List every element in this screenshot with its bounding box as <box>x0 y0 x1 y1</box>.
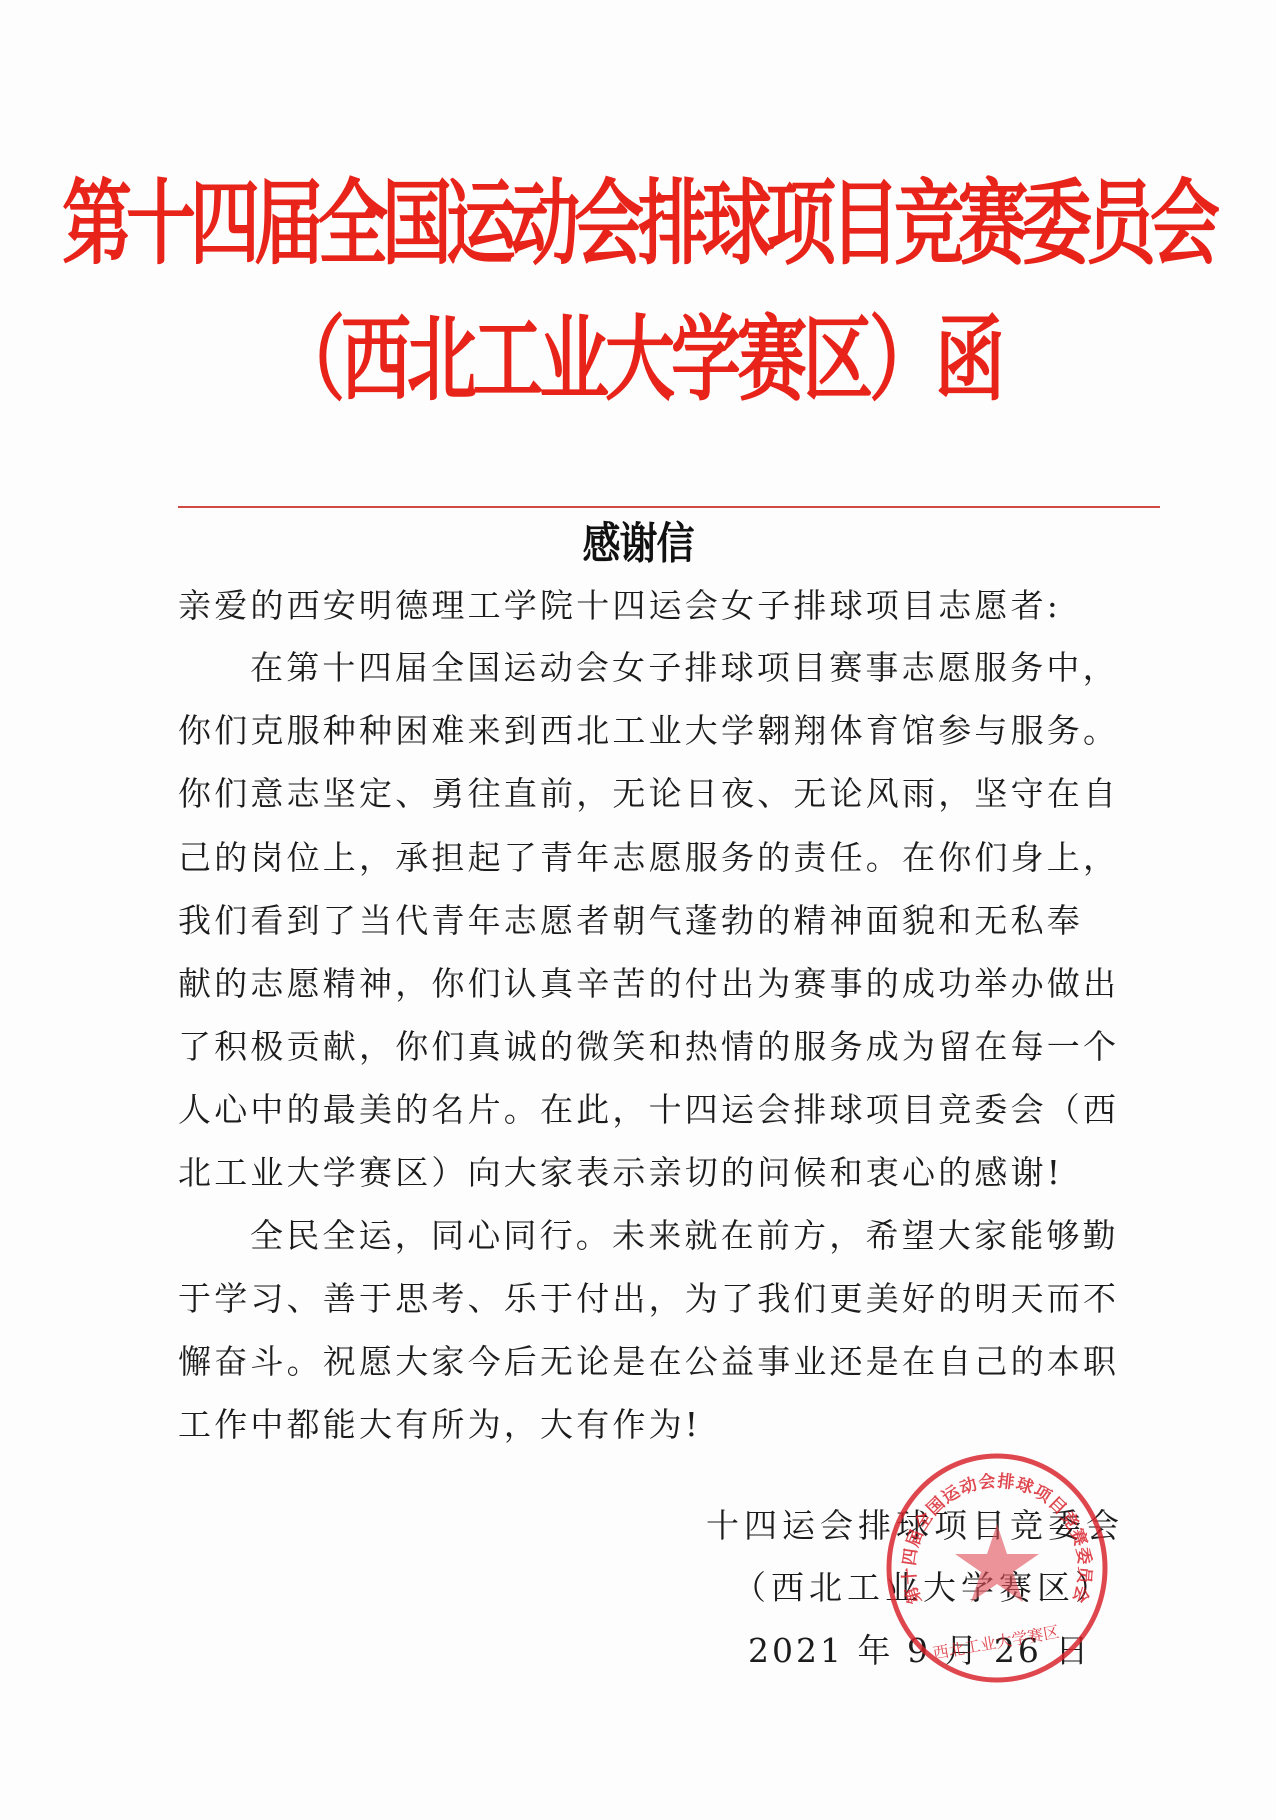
paragraph-line: 你们克服种种困难来到西北工业大学翱翔体育馆参与服务。 <box>178 705 1138 752</box>
signature-org: 十四运会排球项目竞委会 <box>706 1500 1124 1547</box>
paragraph-line: 献的志愿精神，你们认真辛苦的付出为赛事的成功举办做出 <box>178 958 1138 1005</box>
paragraph-line: 全民全运，同心同行。未来就在前方，希望大家能够勤 <box>250 1210 1210 1257</box>
paragraph-line: 北工业大学赛区）向大家表示亲切的问候和衷心的感谢! <box>178 1147 1138 1194</box>
letter-page: 第十四届全国运动会排球项目竞赛委员会 （西北工业大学赛区）函 感谢信 亲爱的西安… <box>0 0 1276 1820</box>
salutation: 亲爱的西安明德理工学院十四运会女子排球项目志愿者: <box>178 580 1138 627</box>
paragraph-line: 于学习、善于思考、乐于付出，为了我们更美好的明天而不 <box>178 1273 1138 1320</box>
paragraph-line: 我们看到了当代青年志愿者朝气蓬勃的精神面貌和无私奉 <box>178 895 1138 942</box>
paragraph-line: 你们意志坚定、勇往直前，无论日夜、无论风雨，坚守在自 <box>178 768 1138 815</box>
letter-title: 感谢信 <box>0 508 1276 571</box>
letterhead-title: 第十四届全国运动会排球项目竞赛委员会 <box>0 150 1276 283</box>
paragraph-line: 人心中的最美的名片。在此，十四运会排球项目竞委会（西 <box>178 1084 1138 1131</box>
paragraph-line: 己的岗位上，承担起了青年志愿服务的责任。在你们身上， <box>178 832 1138 879</box>
paragraph-line: 了积极贡献，你们真诚的微笑和热情的服务成为留在每一个 <box>178 1021 1138 1068</box>
signature-date: 2021 年 9 月 26 日 <box>748 1625 1091 1672</box>
paragraph-line: 懈奋斗。祝愿大家今后无论是在公益事业还是在自己的本职 <box>178 1336 1138 1383</box>
paragraph-line: 工作中都能大有所为，大有作为! <box>178 1399 1138 1446</box>
letterhead-subtitle: （西北工业大学赛区）函 <box>0 286 1276 419</box>
signature-division: （西北工业大学赛区） <box>733 1562 1113 1609</box>
paragraph-line: 在第十四届全国运动会女子排球项目赛事志愿服务中， <box>250 642 1210 689</box>
